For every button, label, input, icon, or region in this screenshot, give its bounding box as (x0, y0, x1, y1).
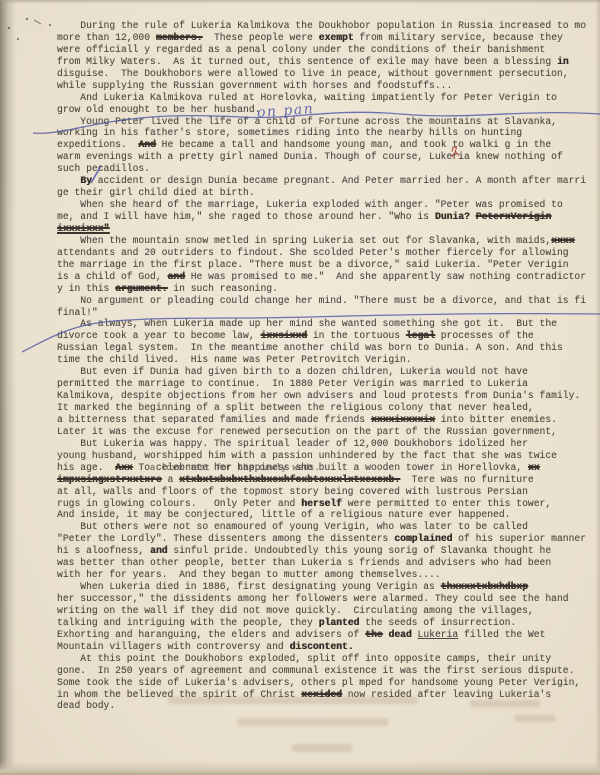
overtyped-segment: Dunia? (435, 211, 470, 222)
typed-line: final!" (57, 307, 600, 319)
typed-line: grow old enought to be her husband. (57, 104, 600, 116)
typed-segment: attendants and 20 outriders to findout. … (57, 247, 569, 258)
struck-segment: PeterxVerigin (476, 211, 552, 222)
typed-segment: Kalmikova, despite objections from her o… (57, 390, 580, 401)
typed-segment: When the mountain snow metled in spring … (57, 235, 551, 246)
typed-line: When the mountain snow metled in spring … (57, 235, 600, 247)
typed-line: No argument or pleading could change her… (57, 295, 600, 307)
typed-segment: disguise. The Doukhobors were allowed to… (57, 68, 569, 79)
showthrough-smudge (168, 697, 418, 704)
typed-segment: while supplying the Russian government w… (57, 80, 452, 91)
typed-segment: with her for years. And they began to mu… (57, 569, 441, 580)
typed-segment: Exhorting and haranguing, the elders and… (57, 629, 365, 640)
typed-segment: It marked the beginning of a split betwe… (57, 402, 534, 413)
typed-line: Russian legal system. In the meantime an… (57, 342, 600, 354)
typed-segment: such pecadillos. (57, 163, 150, 174)
typed-segment: During the rule of Lukeria Kalmikova the… (57, 20, 586, 31)
typed-line: writing on the wall if they did not move… (57, 605, 600, 617)
typed-line: were officiall y regarded as a penal col… (57, 44, 600, 56)
typed-segment: in such reasoning. (167, 283, 277, 294)
typed-line: When Lukeria died in 1886, first designa… (57, 581, 600, 593)
overtyped-segment: herself (301, 498, 342, 509)
scan-edge-top (0, 0, 600, 4)
typed-line: Some took the side of Lukeria's advisers… (57, 677, 600, 689)
typed-segment: from military service, because they (354, 32, 563, 43)
typed-segment: talking and intriguing with the people, … (57, 617, 319, 628)
typed-segment: writing on the wall if they did not move… (57, 605, 534, 616)
typed-segment: divorce took a year to become law, (57, 330, 260, 341)
typed-segment: He became a tall and handsome young man,… (156, 139, 551, 150)
typed-line: By accident or design Dunia became pregn… (57, 175, 600, 187)
typed-segment: was better than other people, better tha… (57, 557, 551, 568)
typed-segment: me, and I will have him," she raged to t… (57, 211, 435, 222)
typed-line: talking and intriguing with the people, … (57, 617, 600, 629)
typed-line: was better than other people, better tha… (57, 557, 600, 569)
typed-line: When she heard of the marriage, Lukeria … (57, 199, 600, 211)
typed-segment: dead body. (57, 700, 115, 711)
underlined-segment: Lukeria (418, 629, 459, 640)
struck-segment: and (167, 271, 184, 282)
typed-segment: And inside, it may be conjectured, littl… (57, 509, 510, 520)
typed-line: But Lukeria was happy. The spiritual lea… (57, 438, 600, 450)
typed-segment: were officiall y regarded as a penal col… (57, 44, 545, 55)
typed-line: And Lukeria Kalmikova ruled at Horelovka… (57, 92, 600, 104)
typed-segment: Mountain villagers with controversy and (57, 641, 290, 652)
typed-segment: a bitterness that separated families and… (57, 414, 371, 425)
typed-line: y in this argument. in such reasoning. (57, 283, 600, 295)
struck-segment: And (138, 139, 155, 150)
overtyped-segment: in (557, 56, 569, 67)
typed-line: Kalmikova, despite objections from her o… (57, 390, 600, 402)
overtyped-segment: and (150, 545, 167, 556)
typed-segment: were permitted to enter this tower, (342, 498, 551, 509)
typed-segment: But Lukeria was happy. The spiritual lea… (57, 438, 528, 449)
overtyped-segment: complained (394, 533, 452, 544)
typed-line: gone. In 250 years of agreement and comm… (57, 665, 600, 677)
typed-segment: y in this (57, 283, 115, 294)
typed-line: Later it was the excuse for renewed pers… (57, 426, 600, 438)
typed-line: impxsingxstrxxtxre a xtxbxtxbxbxthxbxoxh… (57, 474, 600, 486)
typed-line: Mountain villagers with controversy and … (57, 641, 600, 653)
typed-interline-insertion: a love nest for the newly weds. (150, 463, 320, 473)
typed-line: hi s aloofness, and sinful pride. Undoub… (57, 545, 600, 557)
overtyped-segment: By (80, 175, 92, 186)
typed-segment: No argument or pleading could change her… (57, 295, 586, 306)
struck-segment: xxxx (551, 235, 574, 246)
typed-segment: As always, when Lukeria made up her mind… (57, 318, 557, 329)
typed-line: At this point the Doukhobors exploded, s… (57, 653, 600, 665)
struck-segment: Axx (115, 462, 132, 473)
typed-segment: working in his father's store, sometimes… (57, 127, 522, 138)
typed-line: Young Peter lived the life of a child of… (57, 116, 600, 128)
typed-segment: Later it was the excuse for renewed pers… (57, 426, 557, 437)
overtyped-segment: exempt (319, 32, 354, 43)
typed-segment: more than 12,000 (57, 32, 156, 43)
typed-segment: from Milky Waters. As it turned out, thi… (57, 56, 557, 67)
typed-segment: gone. In 250 years of agreement and comm… (57, 665, 574, 676)
typed-segment: of his superior manner (452, 533, 586, 544)
typed-segment: permitted the marriage to continue. In 1… (57, 378, 528, 389)
showthrough-smudge (238, 718, 388, 726)
typed-segment: young husband, worshipped him with a pas… (57, 450, 557, 461)
typed-line: It marked the beginning of a split betwe… (57, 402, 600, 414)
typed-segment: the marriage in the first place. "There … (57, 259, 569, 270)
showthrough-smudge (515, 715, 555, 722)
typed-segment: filled the Wet (458, 629, 545, 640)
typed-segment: "Peter the Lordly". These dissenters amo… (57, 533, 394, 544)
typed-line: his age. Axx To celebrate her happiness … (57, 462, 600, 474)
typed-line: During the rule of Lukeria Kalmikova the… (57, 20, 600, 32)
overtyped-segment: dead (388, 629, 411, 640)
typed-segment: Some took the side of Lukeria's advisers… (57, 677, 580, 688)
struck-segment: legal (406, 330, 435, 341)
typed-segment: a (162, 474, 179, 485)
typed-line: "Peter the Lordly". These dissenters amo… (57, 533, 600, 545)
scan-edge-bottom (0, 761, 600, 775)
overtyped-segment: discontent. (290, 641, 354, 652)
typed-segment: Russian legal system. In the meantime an… (57, 342, 563, 353)
typed-segment: At this point the Doukhobors exploded, s… (57, 653, 551, 664)
typed-segment: When she heard of the marriage, Lukeria … (57, 199, 563, 210)
typed-line: from Milky Waters. As it turned out, thi… (57, 56, 600, 68)
typed-segment: time the child lived. His name was Peter… (57, 354, 412, 365)
typed-line: But even if Dunia had given birth to a d… (57, 366, 600, 378)
typed-line: young husband, worshipped him with a pas… (57, 450, 600, 462)
typed-segment (57, 175, 80, 186)
typed-line: But others were not so enamoured of youn… (57, 521, 600, 533)
overtyped-segment: planted (319, 617, 360, 628)
typed-line: rugs in glowing colours. Only Peter and … (57, 498, 600, 510)
typed-segment: These people were (202, 32, 318, 43)
typed-segment: ge their girl child died at birth. (57, 187, 255, 198)
typed-segment: is a child of God, (57, 271, 167, 282)
typed-line: As always, when Lukeria made up her mind… (57, 318, 600, 330)
typed-line: such pecadillos. (57, 163, 600, 175)
typed-segment: her successor," the dissidents among her… (57, 593, 569, 604)
struck-segment: impxsingxstrxxtxre (57, 474, 162, 485)
typed-line: Exhorting and haranguing, the elders and… (57, 629, 600, 641)
typed-segment: warm evenings with a pretty girl named D… (57, 151, 563, 162)
typed-line: permitted the marriage to continue. In 1… (57, 378, 600, 390)
typed-segment: rugs in glowing colours. Only Peter and (57, 498, 301, 509)
typed-segment: the seeds of insurrection. (359, 617, 516, 628)
typed-line: her successor," the dissidents among her… (57, 593, 600, 605)
typed-line: more than 12,000 members. These people w… (57, 32, 600, 44)
showthrough-smudge (292, 744, 352, 752)
typed-line: disguise. The Doukhobors were allowed to… (57, 68, 600, 80)
typed-segment: final!" (57, 307, 98, 318)
typed-segment: He was promised to me." And she apparent… (185, 271, 586, 282)
typed-line: time the child lived. His name was Peter… (57, 354, 600, 366)
typed-segment: sinful pride. Undoubtedly this young sor… (167, 545, 551, 556)
typed-segment: his age. (57, 462, 115, 473)
struck-segment: xxxxixxxxix (371, 414, 435, 425)
typed-line: a bitterness that separated families and… (57, 414, 600, 426)
struck-segment: members. (156, 32, 203, 43)
struck-segment: thxxxxtxbxhdbxp (441, 581, 528, 592)
struck-segment: ixxxixxx" (57, 223, 109, 234)
typed-line: And inside, it may be conjectured, littl… (57, 509, 600, 521)
scan-edge-left (0, 0, 16, 775)
struck-segment: xtxbxtxbxbxthxbxoxhfoxbtoxxxlxtxexoxb. (179, 474, 400, 485)
typed-line: attendants and 20 outriders to findout. … (57, 247, 600, 259)
typed-segment: at all, walls and floors of the topmost … (57, 486, 528, 497)
typed-text-body: During the rule of Lukeria Kalmikova the… (57, 20, 600, 720)
typed-line: the marriage in the first place. "There … (57, 259, 600, 271)
typed-segment: But even if Dunia had given birth to a d… (57, 366, 528, 377)
struck-segment: ixxsixxd (260, 330, 307, 341)
struck-segment: the (365, 629, 382, 640)
typed-line: warm evenings with a pretty girl named D… (57, 151, 600, 163)
typed-segment: accident or design Dunia became pregnant… (92, 175, 586, 186)
typed-line: expeditions. And He became a tall and ha… (57, 139, 600, 151)
typed-line: is a child of God, and He was promised t… (57, 271, 600, 283)
manuscript-page: During the rule of Lukeria Kalmikova the… (0, 0, 600, 775)
typed-line: working in his father's store, sometimes… (57, 127, 600, 139)
typed-segment: in the tortuous (307, 330, 406, 341)
typed-segment: hi s aloofness, (57, 545, 150, 556)
typed-line: ge their girl child died at birth. (57, 187, 600, 199)
typed-line: me, and I will have him," she raged to t… (57, 211, 600, 223)
typed-line: ixxxixxx" (57, 223, 600, 235)
red-ink-insertion: n (450, 144, 458, 156)
typed-segment: processes of the (435, 330, 534, 341)
typed-line: while supplying the Russian government w… (57, 80, 600, 92)
typed-line: with her for years. And they began to mu… (57, 569, 600, 581)
struck-segment: argument. (115, 283, 167, 294)
typed-segment: But others were not so enamoured of youn… (57, 521, 528, 532)
typed-segment: Tere was no furniture (400, 474, 534, 485)
typed-segment: into bitter enemies. (435, 414, 557, 425)
typed-segment: grow old enought to be her husband. (57, 104, 260, 115)
typed-line: divorce took a year to become law, ixxsi… (57, 330, 600, 342)
typed-segment: expeditions. (57, 139, 138, 150)
struck-segment: xx (528, 462, 540, 473)
typed-segment: When Lukeria died in 1886, first designa… (57, 581, 441, 592)
showthrough-smudge (470, 700, 540, 707)
typed-line: at all, walls and floors of the topmost … (57, 486, 600, 498)
